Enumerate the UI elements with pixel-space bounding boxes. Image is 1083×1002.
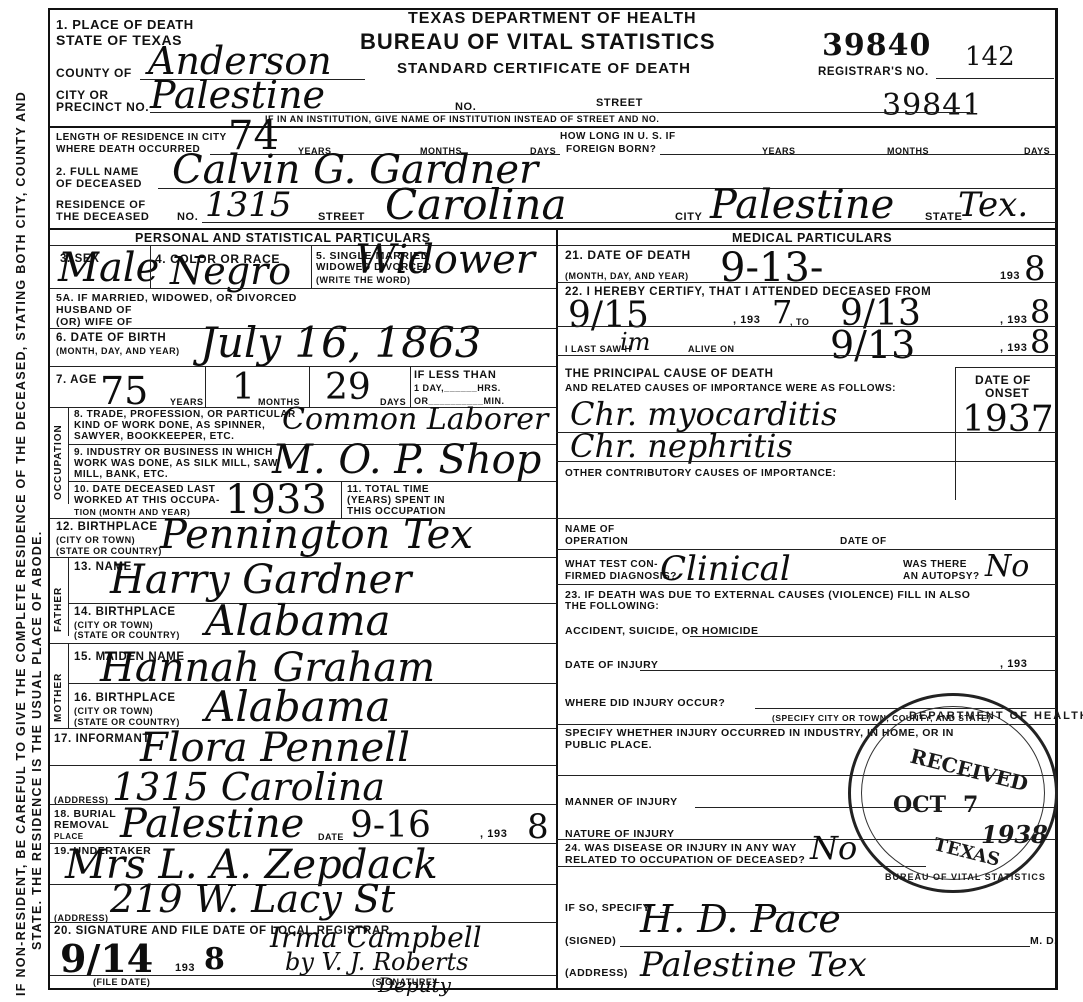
industry-label-3: MILL, BANK, ETC. [74,470,168,480]
occupation-related-label-1: 24. WAS DISEASE OR INJURY IN ANY WAY [565,843,797,853]
county-label: COUNTY OF [56,67,132,79]
injury-year-prefix: , 193 [1000,658,1027,670]
father-birthplace-label-3: (STATE OR COUNTRY) [74,630,180,640]
operation-label-1: NAME OF [565,525,615,535]
autopsy-label-2: AN AUTOPSY? [903,572,980,582]
external-label-2: THE FOLLOWING: [565,602,659,612]
cause-label-2: AND RELATED CAUSES OF IMPORTANCE WERE AS… [565,384,896,394]
full-name-label-1: 2. FULL NAME [56,166,139,178]
industry-label-2: WORK WAS DONE, AS SILK MILL, SAW [74,459,278,469]
last-saw-pronoun: im [620,330,650,354]
age-years: 75 [100,372,148,410]
informant-name: Flora Pennell [140,728,410,768]
operation-date-label: DATE OF [840,537,887,547]
file-number-2: 39841 [882,88,982,123]
occupation-related-label-2: RELATED TO OCCUPATION OF DECEASED? [565,855,805,865]
dob-label-2: (MONTH, DAY, AND YEAR) [56,346,180,356]
foreign-days-label: DAYS [1024,146,1050,156]
if-so-label: IF SO, SPECIFY [565,903,650,913]
mother-side-label: MOTHER [53,673,64,722]
stamp-month: OCT [893,792,946,818]
spouse-label-3: (OR) WIFE OF [56,316,133,328]
medical-section-title: MEDICAL PARTICULARS [732,231,892,245]
last-worked-label-1: 10. DATE DECEASED LAST [74,485,215,495]
informant-label: 17. INFORMANT [54,733,150,745]
father-birthplace-label-2: (CITY OR TOWN) [74,620,153,630]
file-date-label: (FILE DATE) [93,977,150,987]
test-value: Clinical [660,552,791,586]
mother-birthplace-label-2: (CITY OR TOWN) [74,706,153,716]
burial-place: Palestine [120,804,304,844]
burial-date-label: DATE [318,832,344,842]
death-date-label-1: 21. DATE OF DEATH [565,249,691,261]
city-value: Palestine [150,76,325,114]
birthplace-label-1: 12. BIRTHPLACE [56,521,158,533]
residence-label-1: RESIDENCE OF [56,199,146,211]
total-time-label-2: (YEARS) SPENT IN [347,496,445,506]
total-time-label-1: 11. TOTAL TIME [347,485,429,495]
onset-label-1: DATE OF [975,374,1031,386]
registrar-signature-2: by V. J. Roberts [285,950,468,974]
last-saw-date: 9/13 [830,326,915,364]
last-saw-year-digit: 8 [1030,326,1050,358]
external-label-1: 23. IF DEATH WAS DUE TO EXTERNAL CAUSES … [565,590,970,600]
less-than-label-1: IF LESS THAN [414,369,496,381]
burial-label-2: REMOVAL [54,820,109,830]
residence-house-no: 1315 [205,188,292,222]
to-year-prefix: , 193 [1000,314,1027,326]
last-saw-year-prefix: , 193 [1000,342,1027,354]
center-divider [556,229,558,989]
undertaker-address: 219 W. Lacy St [110,880,395,918]
birthplace-label-3: (STATE OR COUNTRY) [56,546,162,556]
marital-value: Widower [355,240,535,280]
accident-label: ACCIDENT, SUICIDE, OR HOMICIDE [565,626,759,636]
trade-label-2: KIND OF WORK DONE, AS SPINNER, [74,421,265,431]
spouse-label-2: HUSBAND OF [56,304,132,316]
age-years-label: YEARS [170,397,204,407]
trade-label-3: SAWYER, BOOKKEEPER, ETC. [74,432,234,442]
file-date: 9/14 [60,940,153,978]
residence-state: Tex. [958,188,1028,222]
residence-street-label: STREET [318,211,365,223]
street-label: STREET [596,97,643,109]
physician-address-label: (ADDRESS) [565,968,628,978]
dob-label-1: 6. DATE OF BIRTH [56,332,166,344]
stamp-day: 7 [963,792,978,818]
bureau-title: BUREAU OF VITAL STATISTICS [360,29,716,55]
foreign-months-label: MONTHS [887,146,929,156]
burial-label-3: PLACE [54,832,84,842]
sex-value: Male [58,248,159,288]
residence-length-label-1: LENGTH OF RESIDENCE IN CITY [56,133,227,143]
full-name-label-2: OF DECEASED [56,178,142,190]
stamp-bottom-arc: BUREAU OF VITAL STATISTICS [885,872,1046,882]
file-date-year-prefix: 193 [175,962,195,974]
margin-note-line1: IF NON-RESIDENT, BE CAREFUL TO GIVE THE … [14,91,28,996]
age-days: 29 [325,370,371,406]
margin-instructions: IF NON-RESIDENT, BE CAREFUL TO GIVE THE … [0,0,46,1002]
cause-label-1: THE PRINCIPAL CAUSE OF DEATH [565,368,773,380]
file-date-year-digit: 8 [204,945,225,975]
cause-2: Chr. nephritis [570,430,793,462]
city-label-2: PRECINCT NO. [56,101,149,113]
father-side-label: FATHER [53,587,64,632]
from-year-prefix: , 193 [733,314,760,326]
last-saw-label-2: ALIVE ON [688,344,735,354]
mother-birthplace: Alabama [205,686,391,728]
foreign-years-label: YEARS [762,146,796,156]
department-title: TEXAS DEPARTMENT OF HEALTH [408,10,697,28]
occupation-related-value: No [810,832,857,864]
trade-value: Common Laborer [282,405,548,435]
onset-label-2: ONSET [985,387,1029,399]
residence-no-label: NO. [177,211,198,223]
stamp-top-arc: DEPARTMENT OF HEALTH [909,710,1083,722]
burial-year-prefix: , 193 [480,828,507,840]
operation-label-2: OPERATION [565,537,628,547]
birthplace-value: Pennington Tex [160,515,473,555]
death-year-digit: 8 [1024,252,1046,286]
residence-city: Palestine [710,185,894,225]
burial-year-digit: 8 [527,810,549,844]
injury-date-label: DATE OF INJURY [565,660,658,670]
trade-label-1: 8. TRADE, PROFESSION, OR PARTICULAR [74,410,296,420]
md-label: M. D. [1030,936,1058,946]
registrar-signature-label: (SIGNATURE) [372,977,436,987]
form-title: STANDARD CERTIFICATE OF DEATH [397,60,691,77]
file-number-1: 39840 [822,28,931,63]
signed-label: (SIGNED) [565,936,616,946]
manner-label: MANNER OF INJURY [565,797,678,807]
received-stamp: DEPARTMENT OF HEALTH RECEIVED OCT 7 1938… [848,693,1058,893]
nature-label: NATURE OF INJURY [565,829,675,839]
registrar-label: REGISTRAR'S NO. [818,66,929,78]
death-date-label-2: (MONTH, DAY, AND YEAR) [565,271,689,281]
industry-value: M. O. P. Shop [272,440,541,480]
burial-label-1: 18. BURIAL [54,809,116,819]
industry-label-1: 9. INDUSTRY OR BUSINESS IN WHICH [74,448,273,458]
physician-signature: H. D. Pace [640,900,841,938]
place-of-death-label: 1. PLACE OF DEATH [56,18,194,32]
specify-label-2: PUBLIC PLACE. [565,740,652,750]
where-label: WHERE DID INJURY OCCUR? [565,698,725,708]
institution-note: IF IN AN INSTITUTION, GIVE NAME OF INSTI… [265,114,659,124]
death-year-prefix: 193 [1000,270,1020,282]
burial-date: 9-16 [350,808,431,844]
residence-state-label: STATE [925,211,962,223]
father-name: Harry Gardner [110,560,411,600]
physician-address: Palestine Tex [640,948,867,982]
last-worked-label-2: WORKED AT THIS OCCUPA- [74,496,220,506]
residence-label-2: THE DECEASED [56,211,149,223]
foreign-label-1: HOW LONG IN U. S. IF [560,132,676,142]
stamp-year: 1938 [981,820,1048,849]
spouse-label-1: 5A. IF MARRIED, WIDOWED, OR DIVORCED [56,292,297,304]
father-birthplace-label-1: 14. BIRTHPLACE [74,606,176,618]
age-months: 1 [232,370,255,406]
test-label-1: WHAT TEST CON- [565,560,658,570]
margin-note-line2: STATE. THE RESIDENCE IS THE USUAL PLACE … [30,530,44,950]
cause-1: Chr. myocarditis [570,398,837,430]
birthplace-label-2: (CITY OR TOWN) [56,535,135,545]
contributory-label: OTHER CONTRIBUTORY CAUSES OF IMPORTANCE: [565,469,836,479]
no-label: NO. [455,101,476,113]
less-than-label-2: 1 DAY,______HRS. [414,383,501,393]
foreign-label-2: FOREIGN BORN? [566,145,656,155]
residence-street: Carolina [385,184,567,226]
mother-birthplace-label-1: 16. BIRTHPLACE [74,692,176,704]
registrar-number: 142 [965,42,1015,72]
autopsy-value: No [985,552,1029,582]
dob-value: July 16, 1863 [200,322,481,364]
father-birthplace: Alabama [205,600,391,642]
autopsy-label-1: WAS THERE [903,560,967,570]
race-value: Negro [170,252,291,290]
occupation-side-label: OCCUPATION [53,424,64,500]
residence-city-label: CITY [675,211,702,223]
age-label: 7. AGE [56,374,97,386]
